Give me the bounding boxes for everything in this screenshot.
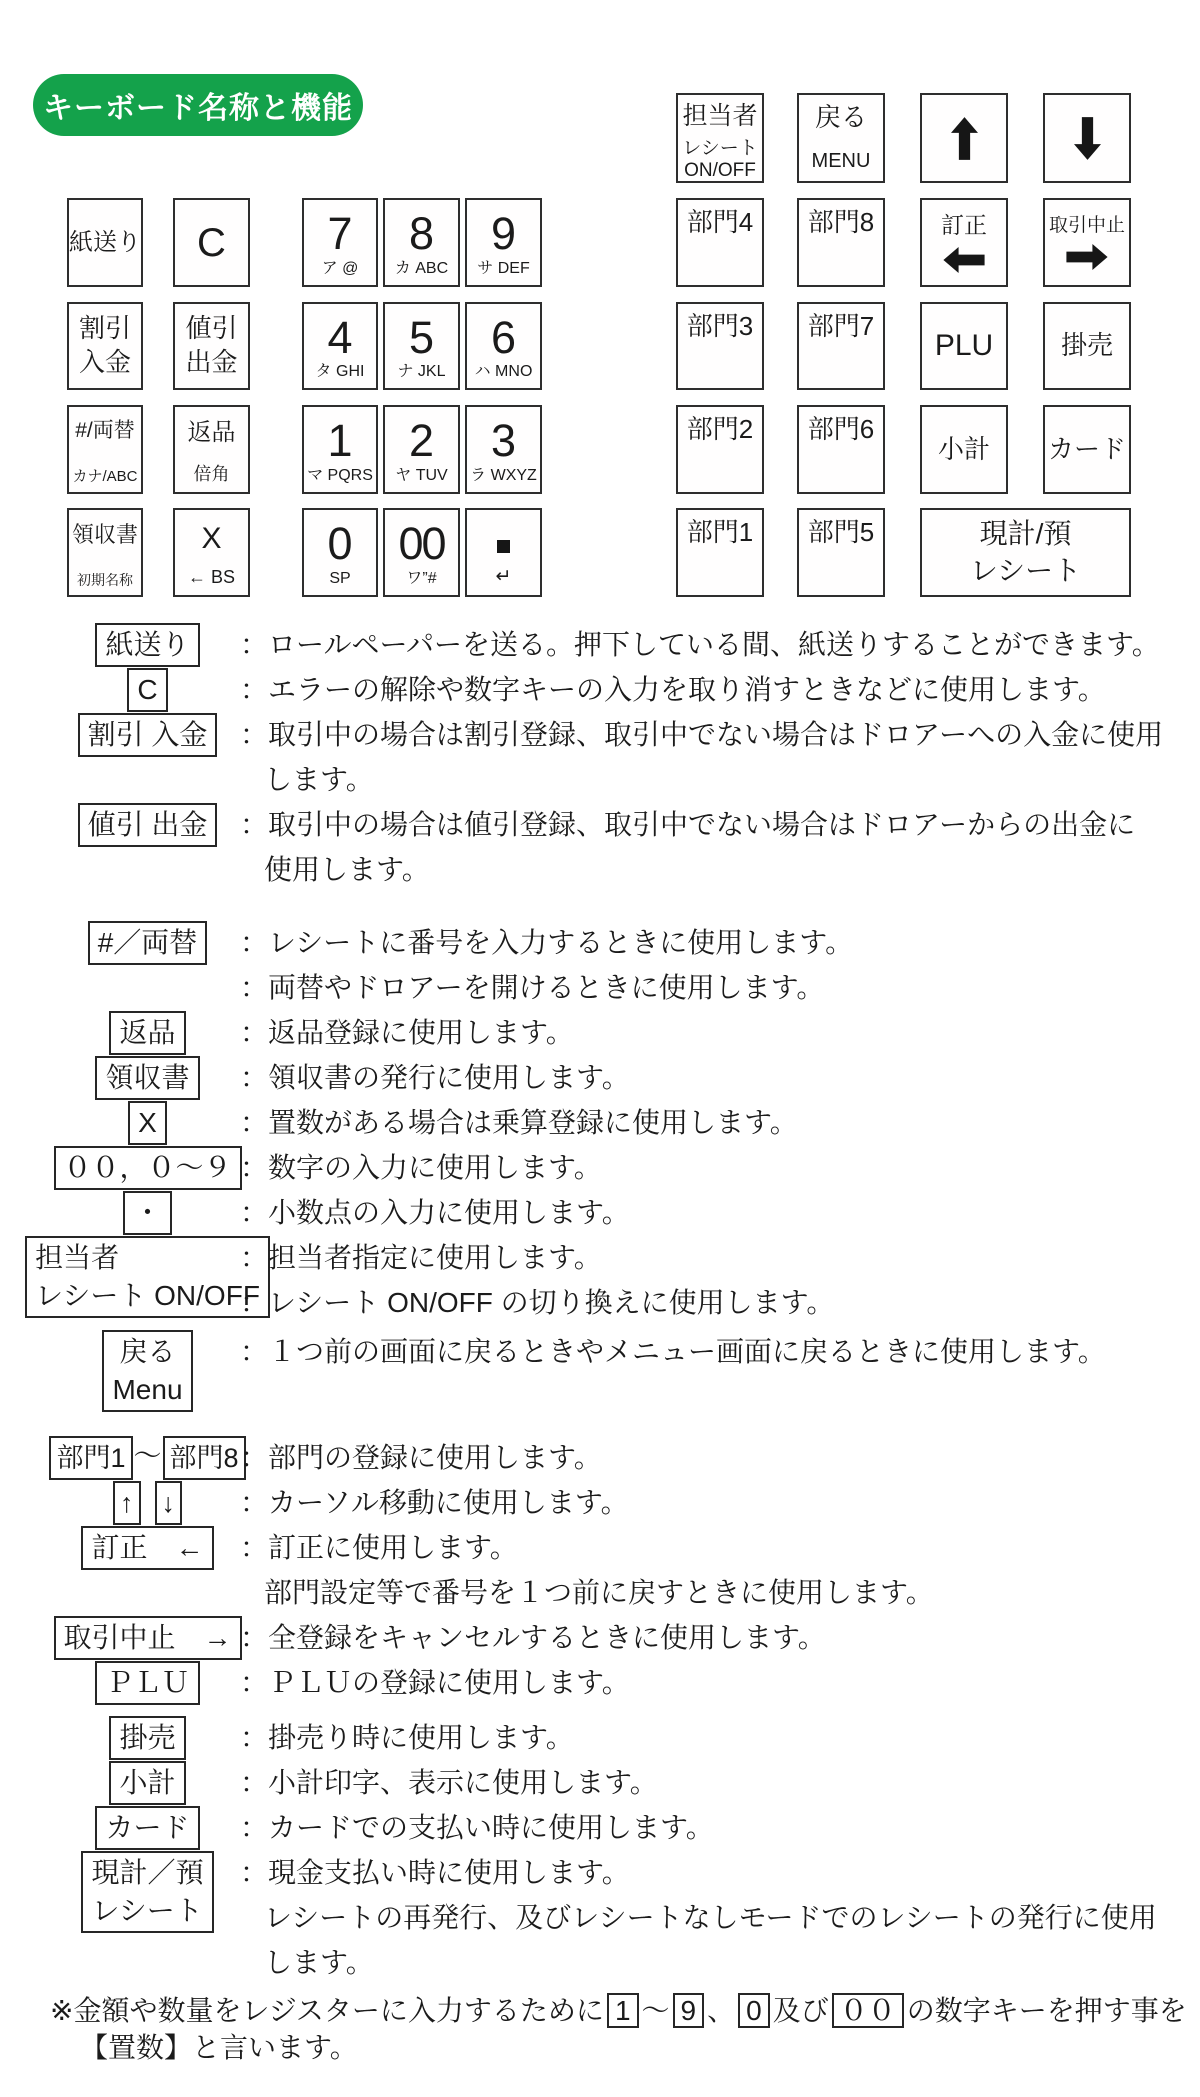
desc-correct-key-box-line: 訂正 ← xyxy=(91,1529,203,1567)
key-6-label: 6 xyxy=(491,314,516,361)
desc-reduction-withdraw-key-label: 値引 出金 xyxy=(55,802,240,847)
desc-cash-total-text-line: レシートの再発行、及びレシートなしモードでのレシートの発行に使用 xyxy=(240,1895,1195,1940)
key-00: 00ワ”# xyxy=(383,508,460,597)
desc-return-goods: 返品：返品登録に使用します。 xyxy=(55,1010,1195,1055)
desc-reduction-withdraw-text: ：取引中の場合は値引登録、取引中でない場合はドロアーからの出金に使用します。 xyxy=(240,802,1195,892)
key-decimal-point-label xyxy=(497,540,510,553)
desc-cash-total-text-line: ：現金支払い時に使用します。 xyxy=(240,1850,1195,1895)
key-dept-5: 部門5 xyxy=(797,508,885,597)
desc-return-goods-key-box: 返品 xyxy=(109,1011,185,1055)
desc-departments-key-box: 部門1 xyxy=(49,1436,132,1480)
desc-card: カード：カードでの支払い時に使用します。 xyxy=(55,1805,1195,1850)
desc-decimal-point-text-line: ：小数点の入力に使用します。 xyxy=(240,1190,1195,1235)
desc-cash-total-key-box: 現計／預レシート xyxy=(81,1851,213,1933)
key-00-label: 00 xyxy=(398,520,444,567)
desc-departments: 部門1～部門8：部門の登録に使用します。 xyxy=(55,1435,1195,1480)
desc-back-menu-key-box-line: 戻る xyxy=(112,1333,182,1371)
key-4-label: 4 xyxy=(327,314,352,361)
key-dept-7-label: 部門7 xyxy=(808,312,874,342)
key-multiply-label: X xyxy=(201,522,221,557)
key-plu-label: PLU xyxy=(935,329,993,364)
desc-correct-key-box: 訂正 ← xyxy=(81,1526,213,1570)
desc-clear-key-label: C xyxy=(55,667,240,712)
key-dept-4: 部門4 xyxy=(676,198,764,287)
section-title-badge: キーボード名称と機能 xyxy=(33,74,363,136)
desc-cancel-transaction-text-line: ：全登録をキャンセルするときに使用します。 xyxy=(240,1615,1195,1660)
desc-hash-exchange-text-line: ：レシートに番号を入力するときに使用します。 xyxy=(240,920,1195,965)
key-decimal-point: ↵ xyxy=(465,508,542,597)
key-8: 8カ ABC xyxy=(383,198,460,287)
desc-return-goods-text-line: ：返品登録に使用します。 xyxy=(240,1010,1195,1055)
key-subtotal-label: 小計 xyxy=(938,435,990,465)
key-hash-exchange-label: #/両替 xyxy=(75,419,135,443)
arrow-right-icon xyxy=(1062,244,1112,270)
key-paper-feed-label: 紙送り xyxy=(69,229,141,257)
desc-departments-key-label: 部門1～部門8 xyxy=(55,1435,240,1480)
desc-receipt-issue-text-line: ：領収書の発行に使用します。 xyxy=(240,1055,1195,1100)
desc-plu-key-label: ＰＬＵ xyxy=(55,1660,240,1705)
desc-clerk-receipt-text-line: ：担当者指定に使用します。 xyxy=(240,1235,1195,1280)
desc-departments-text-line: ：部門の登録に使用します。 xyxy=(240,1435,1195,1480)
desc-credit-sale-key-label: 掛売 xyxy=(55,1715,240,1760)
desc-clerk-receipt: 担当者レシート ON/OFF：担当者指定に使用します。：レシート ON/OFF … xyxy=(55,1235,1195,1325)
desc-card-key-box: カード xyxy=(95,1806,199,1850)
key-cancel-transaction: 取引中止 xyxy=(1043,198,1131,287)
key-paper-feed: 紙送り xyxy=(67,198,143,287)
desc-card-text-line: ：カードでの支払い時に使用します。 xyxy=(240,1805,1195,1850)
key-back-menu-label: 戻る xyxy=(815,103,867,133)
desc-plu-text: ：ＰＬＵの登録に使用します。 xyxy=(240,1660,1195,1705)
desc-clear-text-line: ：エラーの解除や数字キーの入力を取り消すときなどに使用します。 xyxy=(240,667,1195,712)
key-multiply-sublabel: ← BS xyxy=(188,567,235,588)
footnote-key-box: 1 xyxy=(607,1993,639,2028)
key-discount-deposit: 割引入金 xyxy=(67,302,143,390)
desc-credit-sale-text: ：掛売り時に使用します。 xyxy=(240,1715,1195,1760)
key-4: 4タ GHI xyxy=(302,302,378,390)
key-receipt-issue: 領収書初期名称 xyxy=(67,508,143,597)
key-dept-6: 部門6 xyxy=(797,405,885,494)
desc-return-goods-key-box-line: 返品 xyxy=(119,1014,175,1052)
footnote-text: ※金額や数量をレジスターに入力するために xyxy=(50,1995,604,2026)
key-dept-5-label: 部門5 xyxy=(808,518,874,548)
key-cash-total: 現計/預レシート xyxy=(920,508,1131,597)
desc-plu-key-box: ＰＬＵ xyxy=(95,1661,199,1705)
desc-discount-deposit-key-box-line: 割引 入金 xyxy=(88,716,208,754)
key-0-sublabel: SP xyxy=(329,570,350,588)
desc-cancel-transaction: 取引中止 →：全登録をキャンセルするときに使用します。 xyxy=(55,1615,1195,1660)
key-7-label: 7 xyxy=(327,210,352,257)
desc-subtotal-text: ：小計印字、表示に使用します。 xyxy=(240,1760,1195,1805)
desc-clear: C：エラーの解除や数字キーの入力を取り消すときなどに使用します。 xyxy=(55,667,1195,712)
key-arrow-down xyxy=(1043,93,1131,183)
desc-card-key-label: カード xyxy=(55,1805,240,1850)
desc-reduction-withdraw-text-line: 使用します。 xyxy=(240,847,1195,892)
key-card: カード xyxy=(1043,405,1131,494)
desc-multiply-key-box-line: X xyxy=(138,1104,157,1142)
key-credit-sale: 掛売 xyxy=(1043,302,1131,390)
desc-back-menu: 戻るMenu：１つ前の画面に戻るときやメニュー画面に戻るときに使用します。 xyxy=(55,1329,1195,1419)
key-return-goods: 返品倍角 xyxy=(173,405,250,494)
desc-digits-text-line: ：数字の入力に使用します。 xyxy=(240,1145,1195,1190)
desc-subtotal: 小計：小計印字、表示に使用します。 xyxy=(55,1760,1195,1805)
desc-reduction-withdraw-key-box-line: 値引 出金 xyxy=(88,806,208,844)
key-dept-2-label: 部門2 xyxy=(687,415,753,445)
desc-cursor-arrows-key-box: ↓ xyxy=(155,1481,183,1525)
footnote-key-box: ００ xyxy=(832,1993,904,2028)
key-5-sublabel: ナ JKL xyxy=(397,363,445,381)
key-clerk-receipt-onoff-sublabel2: ON/OFF xyxy=(684,160,756,182)
key-2-label: 2 xyxy=(409,417,434,464)
desc-hash-exchange: #／両替：レシートに番号を入力するときに使用します。：両替やドロアーを開けるとき… xyxy=(55,920,1195,1010)
arrow-up-icon xyxy=(951,117,978,160)
desc-cash-total-key-box-line: レシート xyxy=(91,1892,203,1930)
key-2-sublabel: ヤ TUV xyxy=(395,467,447,485)
desc-receipt-issue-key-label: 領収書 xyxy=(55,1055,240,1100)
desc-return-goods-key-label: 返品 xyxy=(55,1010,240,1055)
desc-paper-feed-text: ：ロールペーパーを送る。押下している間、紙送りすることができます。 xyxy=(240,622,1195,667)
key-reduction-withdraw-label: 値引 xyxy=(185,312,237,346)
key-reduction-withdraw-label: 出金 xyxy=(185,346,237,380)
key-cash-total-label: レシート xyxy=(970,553,1081,589)
desc-back-menu-text: ：１つ前の画面に戻るときやメニュー画面に戻るときに使用します。 xyxy=(240,1329,1195,1374)
key-credit-sale-label: 掛売 xyxy=(1061,331,1113,361)
key-9: 9サ DEF xyxy=(465,198,542,287)
desc-hash-exchange-key-label: #／両替 xyxy=(55,920,240,965)
key-receipt-issue-sublabel: 初期名称 xyxy=(77,572,133,588)
desc-departments-key-box-line: 部門1 xyxy=(56,1439,125,1477)
desc-digits: ００，０～９：数字の入力に使用します。 xyxy=(55,1145,1195,1190)
desc-departments-text: ：部門の登録に使用します。 xyxy=(240,1435,1195,1480)
desc-multiply: X：置数がある場合は乗算登録に使用します。 xyxy=(55,1100,1195,1145)
key-cash-total-label: 現計/預 xyxy=(980,516,1072,552)
desc-multiply-key-label: X xyxy=(55,1100,240,1145)
key-arrow-up xyxy=(920,93,1008,183)
key-clear-label: C xyxy=(197,220,226,266)
desc-paper-feed-key-box: 紙送り xyxy=(95,623,199,667)
desc-clerk-receipt-key-box-line: レシート ON/OFF xyxy=(35,1277,260,1315)
footnote-key-box: 0 xyxy=(738,1993,770,2028)
desc-discount-deposit-text-line: ：取引中の場合は割引登録、取引中でない場合はドロアーへの入金に使用 xyxy=(240,712,1195,757)
key-card-label: カード xyxy=(1048,435,1126,465)
key-correct-label: 訂正 xyxy=(941,212,987,238)
footnote: ※金額や数量をレジスターに入力するために1～9、0及び００の数字キーを押す事を【… xyxy=(50,1992,1187,2066)
key-correct: 訂正 xyxy=(920,198,1008,287)
desc-clear-key-box: C xyxy=(127,668,167,712)
manual-page: キーボード名称と機能 担当者レシートON/OFF戻るMENU紙送りC7ア @8カ… xyxy=(0,0,1200,2097)
key-dept-8-label: 部門8 xyxy=(808,208,874,238)
desc-correct-text-line: 部門設定等で番号を１つ前に戻すときに使用します。 xyxy=(240,1570,1195,1615)
desc-decimal-point-key-box-line: ・ xyxy=(133,1194,161,1232)
desc-cursor-arrows: ↑↓：カーソル移動に使用します。 xyxy=(55,1480,1195,1525)
desc-cancel-transaction-key-box-line: 取引中止 → xyxy=(64,1619,232,1657)
desc-card-text: ：カードでの支払い時に使用します。 xyxy=(240,1805,1195,1850)
desc-digits-key-box-line: ００，０～９ xyxy=(64,1149,232,1187)
desc-subtotal-key-label: 小計 xyxy=(55,1760,240,1805)
tilde-separator: ～ xyxy=(134,1435,162,1477)
desc-paper-feed-key-box-line: 紙送り xyxy=(105,626,189,664)
footnote-line-1: ※金額や数量をレジスターに入力するために1～9、0及び００の数字キーを押す事を xyxy=(50,1992,1187,2029)
key-multiply: X← BS xyxy=(173,508,250,597)
desc-clerk-receipt-key-box-line: 担当者 xyxy=(35,1239,260,1277)
desc-decimal-point-key-label: ・ xyxy=(55,1190,240,1235)
desc-back-menu-key-box-line: Menu xyxy=(112,1371,182,1409)
section-title: キーボード名称と機能 xyxy=(43,83,353,127)
desc-return-goods-text: ：返品登録に使用します。 xyxy=(240,1010,1195,1055)
desc-back-menu-key-box: 戻るMenu xyxy=(102,1330,192,1412)
key-subtotal: 小計 xyxy=(920,405,1008,494)
footnote-line-2: 【置数】と言います。 xyxy=(50,2029,1187,2066)
key-dept-3: 部門3 xyxy=(676,302,764,390)
key-1-label: 1 xyxy=(327,417,352,464)
key-clerk-receipt-onoff: 担当者レシートON/OFF xyxy=(676,93,764,183)
desc-cash-total: 現計／預レシート：現金支払い時に使用します。レシートの再発行、及びレシートなしモ… xyxy=(55,1850,1195,1985)
desc-subtotal-key-box-line: 小計 xyxy=(119,1764,175,1802)
desc-cursor-arrows-text: ：カーソル移動に使用します。 xyxy=(240,1480,1195,1525)
desc-correct: 訂正 ←：訂正に使用します。部門設定等で番号を１つ前に戻すときに使用します。 xyxy=(55,1525,1195,1615)
key-7-sublabel: ア @ xyxy=(322,260,359,278)
key-1: 1マ PQRS xyxy=(302,405,378,494)
desc-departments-key-box: 部門8 xyxy=(163,1436,246,1480)
desc-back-menu-key-label: 戻るMenu xyxy=(55,1329,240,1412)
desc-credit-sale: 掛売：掛売り時に使用します。 xyxy=(55,1715,1195,1760)
key-8-label: 8 xyxy=(409,210,434,257)
key-dept-1-label: 部門1 xyxy=(687,518,753,548)
desc-clear-key-box-line: C xyxy=(137,671,157,709)
key-clerk-receipt-onoff-sublabel: レシート xyxy=(682,138,758,160)
desc-decimal-point: ・：小数点の入力に使用します。 xyxy=(55,1190,1195,1235)
key-cancel-transaction-label: 取引中止 xyxy=(1049,215,1125,237)
desc-back-menu-text-line: ：１つ前の画面に戻るときやメニュー画面に戻るときに使用します。 xyxy=(240,1329,1195,1374)
footnote-text: の数字キーを押す事を xyxy=(907,1995,1187,2026)
desc-digits-text: ：数字の入力に使用します。 xyxy=(240,1145,1195,1190)
desc-multiply-key-box: X xyxy=(128,1101,167,1145)
desc-receipt-issue-text: ：領収書の発行に使用します。 xyxy=(240,1055,1195,1100)
desc-plu: ＰＬＵ：ＰＬＵの登録に使用します。 xyxy=(55,1660,1195,1705)
desc-cash-total-key-box-line: 現計／預 xyxy=(91,1854,203,1892)
key-reduction-withdraw: 値引出金 xyxy=(173,302,250,390)
desc-correct-text-line: ：訂正に使用します。 xyxy=(240,1525,1195,1570)
desc-cancel-transaction-text: ：全登録をキャンセルするときに使用します。 xyxy=(240,1615,1195,1660)
footnote-text: 、 xyxy=(707,1995,735,2026)
desc-digits-key-label: ００，０～９ xyxy=(55,1145,240,1190)
desc-clerk-receipt-key-label: 担当者レシート ON/OFF xyxy=(55,1235,240,1318)
key-dept-2: 部門2 xyxy=(676,405,764,494)
key-3: 3ラ WXYZ xyxy=(465,405,542,494)
footnote-text: 及び xyxy=(773,1995,829,2026)
key-back-menu: 戻るMENU xyxy=(797,93,885,183)
key-7: 7ア @ xyxy=(302,198,378,287)
desc-card-key-box-line: カード xyxy=(105,1809,189,1847)
desc-plu-text-line: ：ＰＬＵの登録に使用します。 xyxy=(240,1660,1195,1705)
desc-departments-key-box-line: 部門8 xyxy=(170,1439,239,1477)
desc-subtotal-key-box: 小計 xyxy=(109,1761,185,1805)
key-9-sublabel: サ DEF xyxy=(477,260,529,278)
key-3-label: 3 xyxy=(491,417,516,464)
desc-clerk-receipt-key-box: 担当者レシート ON/OFF xyxy=(25,1236,270,1318)
desc-receipt-issue: 領収書：領収書の発行に使用します。 xyxy=(55,1055,1195,1100)
key-return-goods-sublabel: 倍角 xyxy=(194,464,230,485)
key-return-goods-label: 返品 xyxy=(188,419,236,447)
desc-multiply-text-line: ：置数がある場合は乗算登録に使用します。 xyxy=(240,1100,1195,1145)
desc-hash-exchange-text-line: ：両替やドロアーを開けるときに使用します。 xyxy=(240,965,1195,1010)
key-0-label: 0 xyxy=(327,520,352,567)
desc-hash-exchange-key-box-line: #／両替 xyxy=(98,924,198,962)
desc-credit-sale-key-box-line: 掛売 xyxy=(119,1719,175,1757)
desc-discount-deposit-key-box: 割引 入金 xyxy=(78,713,218,757)
key-dept-6-label: 部門6 xyxy=(808,415,874,445)
desc-cash-total-text: ：現金支払い時に使用します。レシートの再発行、及びレシートなしモードでのレシート… xyxy=(240,1850,1195,1985)
key-dept-7: 部門7 xyxy=(797,302,885,390)
desc-reduction-withdraw-key-box: 値引 出金 xyxy=(78,803,218,847)
key-dept-1: 部門1 xyxy=(676,508,764,597)
key-hash-exchange: #/両替カナ/ABC xyxy=(67,405,143,494)
key-descriptions: 紙送り：ロールペーパーを送る。押下している間、紙送りすることができます。C：エラ… xyxy=(55,622,1195,1985)
desc-cursor-arrows-key-box: ↑ xyxy=(113,1481,141,1525)
key-discount-deposit-label: 入金 xyxy=(79,346,131,380)
key-4-sublabel: タ GHI xyxy=(316,363,365,381)
desc-cursor-arrows-key-box-line: ↑ xyxy=(120,1484,134,1522)
desc-clear-text: ：エラーの解除や数字キーの入力を取り消すときなどに使用します。 xyxy=(240,667,1195,712)
desc-reduction-withdraw-text-line: ：取引中の場合は値引登録、取引中でない場合はドロアーからの出金に xyxy=(240,802,1195,847)
arrow-left-icon xyxy=(939,247,989,273)
key-clear: C xyxy=(173,198,250,287)
desc-decimal-point-text: ：小数点の入力に使用します。 xyxy=(240,1190,1195,1235)
desc-cash-total-text-line: します。 xyxy=(240,1940,1195,1985)
key-plu: PLU xyxy=(920,302,1008,390)
desc-cancel-transaction-key-box: 取引中止 → xyxy=(54,1616,242,1660)
key-receipt-issue-label: 領収書 xyxy=(72,522,138,547)
key-5: 5ナ JKL xyxy=(383,302,460,390)
desc-multiply-text: ：置数がある場合は乗算登録に使用します。 xyxy=(240,1100,1195,1145)
key-dept-8: 部門8 xyxy=(797,198,885,287)
key-6: 6ハ MNO xyxy=(465,302,542,390)
desc-discount-deposit-text-line: します。 xyxy=(240,757,1195,802)
footnote-text: ～ xyxy=(642,1995,670,2026)
desc-cursor-arrows-key-label: ↑↓ xyxy=(55,1480,240,1525)
key-00-sublabel: ワ”# xyxy=(406,570,436,588)
desc-correct-key-label: 訂正 ← xyxy=(55,1525,240,1570)
key-discount-deposit-label: 割引 xyxy=(79,312,131,346)
desc-discount-deposit-key-label: 割引 入金 xyxy=(55,712,240,757)
key-back-menu-sublabel: MENU xyxy=(812,150,871,173)
key-9-label: 9 xyxy=(491,210,516,257)
desc-hash-exchange-text: ：レシートに番号を入力するときに使用します。：両替やドロアーを開けるときに使用し… xyxy=(240,920,1195,1010)
desc-clerk-receipt-text: ：担当者指定に使用します。：レシート ON/OFF の切り換えに使用します。 xyxy=(240,1235,1195,1325)
key-decimal-point-sublabel: ↵ xyxy=(496,566,512,588)
desc-paper-feed-key-label: 紙送り xyxy=(55,622,240,667)
key-5-label: 5 xyxy=(409,314,434,361)
arrow-down-icon xyxy=(1074,117,1101,160)
desc-clerk-receipt-text-line: ：レシート ON/OFF の切り換えに使用します。 xyxy=(240,1280,1195,1325)
key-clerk-receipt-onoff-label: 担当者 xyxy=(682,102,757,131)
desc-discount-deposit-text: ：取引中の場合は割引登録、取引中でない場合はドロアーへの入金に使用します。 xyxy=(240,712,1195,802)
desc-correct-text: ：訂正に使用します。部門設定等で番号を１つ前に戻すときに使用します。 xyxy=(240,1525,1195,1615)
desc-discount-deposit: 割引 入金：取引中の場合は割引登録、取引中でない場合はドロアーへの入金に使用しま… xyxy=(55,712,1195,802)
desc-cash-total-key-label: 現計／預レシート xyxy=(55,1850,240,1933)
key-8-sublabel: カ ABC xyxy=(395,260,448,278)
key-0: 0SP xyxy=(302,508,378,597)
key-hash-exchange-sublabel: カナ/ABC xyxy=(72,468,137,485)
desc-receipt-issue-key-box-line: 領収書 xyxy=(105,1059,189,1097)
desc-reduction-withdraw: 値引 出金：取引中の場合は値引登録、取引中でない場合はドロアーからの出金に使用し… xyxy=(55,802,1195,892)
desc-plu-key-box-line: ＰＬＵ xyxy=(105,1664,189,1702)
desc-receipt-issue-key-box: 領収書 xyxy=(95,1056,199,1100)
desc-decimal-point-key-box: ・ xyxy=(123,1191,171,1235)
key-2: 2ヤ TUV xyxy=(383,405,460,494)
key-dept-3-label: 部門3 xyxy=(687,312,753,342)
desc-credit-sale-key-box: 掛売 xyxy=(109,1716,185,1760)
desc-paper-feed-text-line: ：ロールペーパーを送る。押下している間、紙送りすることができます。 xyxy=(240,622,1195,667)
key-3-sublabel: ラ WXYZ xyxy=(470,467,537,485)
footnote-key-box: 9 xyxy=(673,1993,705,2028)
key-dept-4-label: 部門4 xyxy=(687,208,753,238)
desc-credit-sale-text-line: ：掛売り時に使用します。 xyxy=(240,1715,1195,1760)
key-6-sublabel: ハ MNO xyxy=(475,363,533,381)
desc-paper-feed: 紙送り：ロールペーパーを送る。押下している間、紙送りすることができます。 xyxy=(55,622,1195,667)
desc-hash-exchange-key-box: #／両替 xyxy=(88,921,208,965)
desc-cursor-arrows-text-line: ：カーソル移動に使用します。 xyxy=(240,1480,1195,1525)
desc-digits-key-box: ００，０～９ xyxy=(54,1146,242,1190)
desc-cursor-arrows-key-box-line: ↓ xyxy=(162,1484,176,1522)
desc-subtotal-text-line: ：小計印字、表示に使用します。 xyxy=(240,1760,1195,1805)
key-1-sublabel: マ PQRS xyxy=(307,467,373,485)
desc-cancel-transaction-key-label: 取引中止 → xyxy=(55,1615,240,1660)
